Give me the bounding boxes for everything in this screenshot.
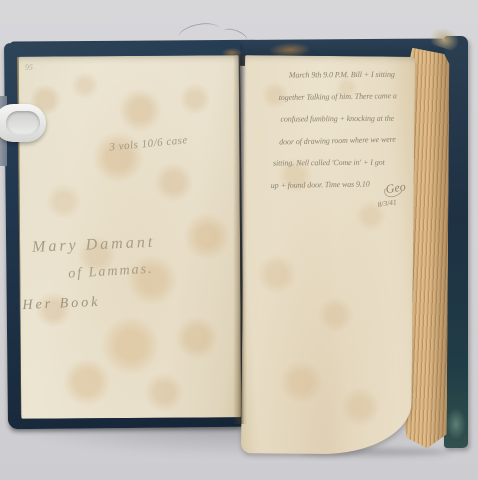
diary-entry-line: up + found door. Time was 9.10 (271, 173, 396, 197)
diary-entry-line: sitting. Nell called 'Come in' + I got (273, 152, 396, 175)
page-corner-number: 95 (25, 63, 33, 72)
diary-entry-line: March 9th 9.0 P.M. Bill + I sitting (289, 64, 397, 87)
signature-date: 8/3/41 (377, 197, 397, 208)
owner-inscription-her-book: Her Book (22, 295, 101, 314)
display-clip (0, 104, 46, 142)
owner-inscription-name: Mary Damant (32, 234, 156, 257)
photo-background: 95 3 vols 10/6 case Mary Damant of Lamma… (0, 0, 478, 480)
diary-entry: March 9th 9.0 P.M. Bill + I sitting toge… (278, 63, 398, 196)
diary-entry-line: confused fumbling + knocking at the (280, 108, 396, 131)
diary-entry-line: together Talking of him. There came a (278, 85, 396, 109)
owner-inscription-place: of Lammas. (68, 262, 154, 283)
pencil-note: 3 vols 10/6 case (109, 134, 188, 153)
display-clip-recess (6, 111, 40, 135)
right-page: March 9th 9.0 P.M. Bill + I sitting toge… (241, 55, 415, 455)
open-book: 95 3 vols 10/6 case Mary Damant of Lamma… (0, 0, 478, 480)
left-page: 95 3 vols 10/6 case Mary Damant of Lamma… (19, 55, 242, 419)
gutter-shadow (233, 56, 247, 424)
cover-wear-patch (446, 408, 466, 440)
diary-entry-line: door of drawing room where we were (279, 129, 397, 154)
